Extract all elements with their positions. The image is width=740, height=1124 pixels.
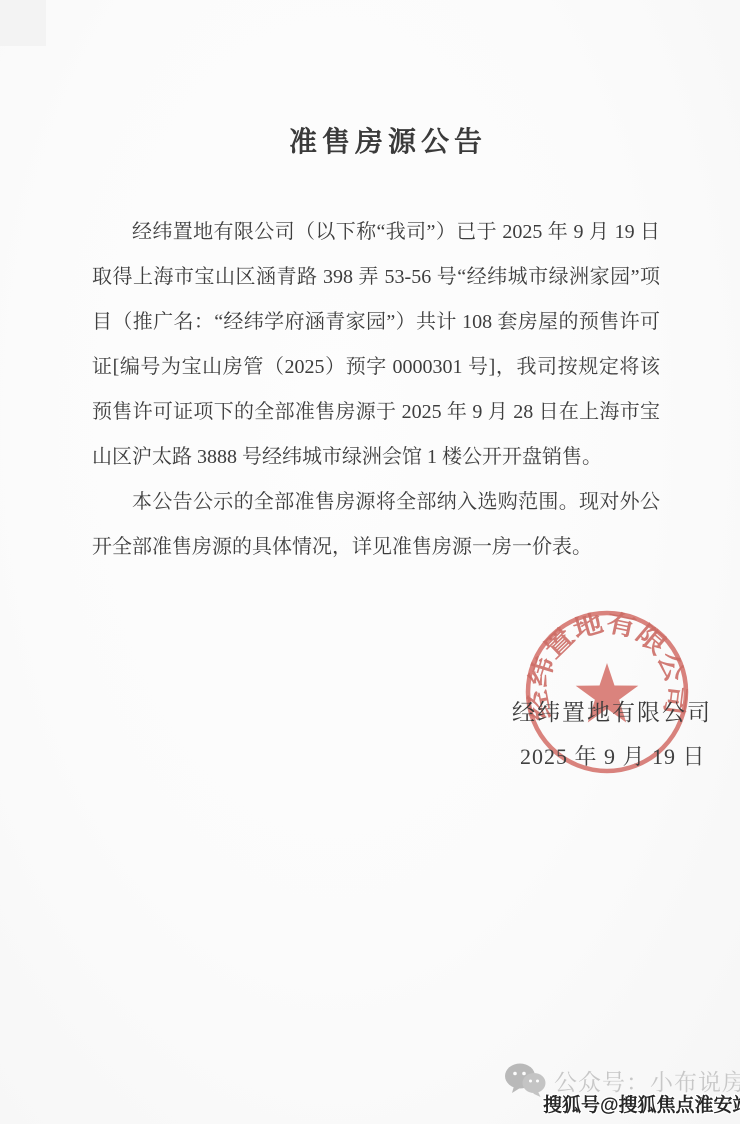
sohu-watermark: 搜狐号@搜狐焦点淮安站 (543, 1090, 740, 1117)
paragraph-2: 本公告公示的全部准售房源将全部纳入选购范围。现对外公开全部准售房源的具体情况，详… (92, 480, 660, 570)
paragraph-1: 经纬置地有限公司（以下称“我司”）已于 2025 年 9 月 19 日取得上海市… (92, 210, 660, 480)
photo-corner-artifact (0, 0, 46, 46)
document-body: 经纬置地有限公司（以下称“我司”）已于 2025 年 9 月 19 日取得上海市… (92, 210, 660, 570)
document-title: 准售房源公告 (18, 120, 740, 160)
document-photo: 准售房源公告 经纬置地有限公司（以下称“我司”）已于 2025 年 9 月 19… (0, 0, 740, 1124)
wechat-icon (504, 1062, 546, 1098)
signature-date: 2025 年 9 月 19 日 (520, 740, 706, 771)
signature-company: 经纬置地有限公司 (512, 694, 712, 727)
